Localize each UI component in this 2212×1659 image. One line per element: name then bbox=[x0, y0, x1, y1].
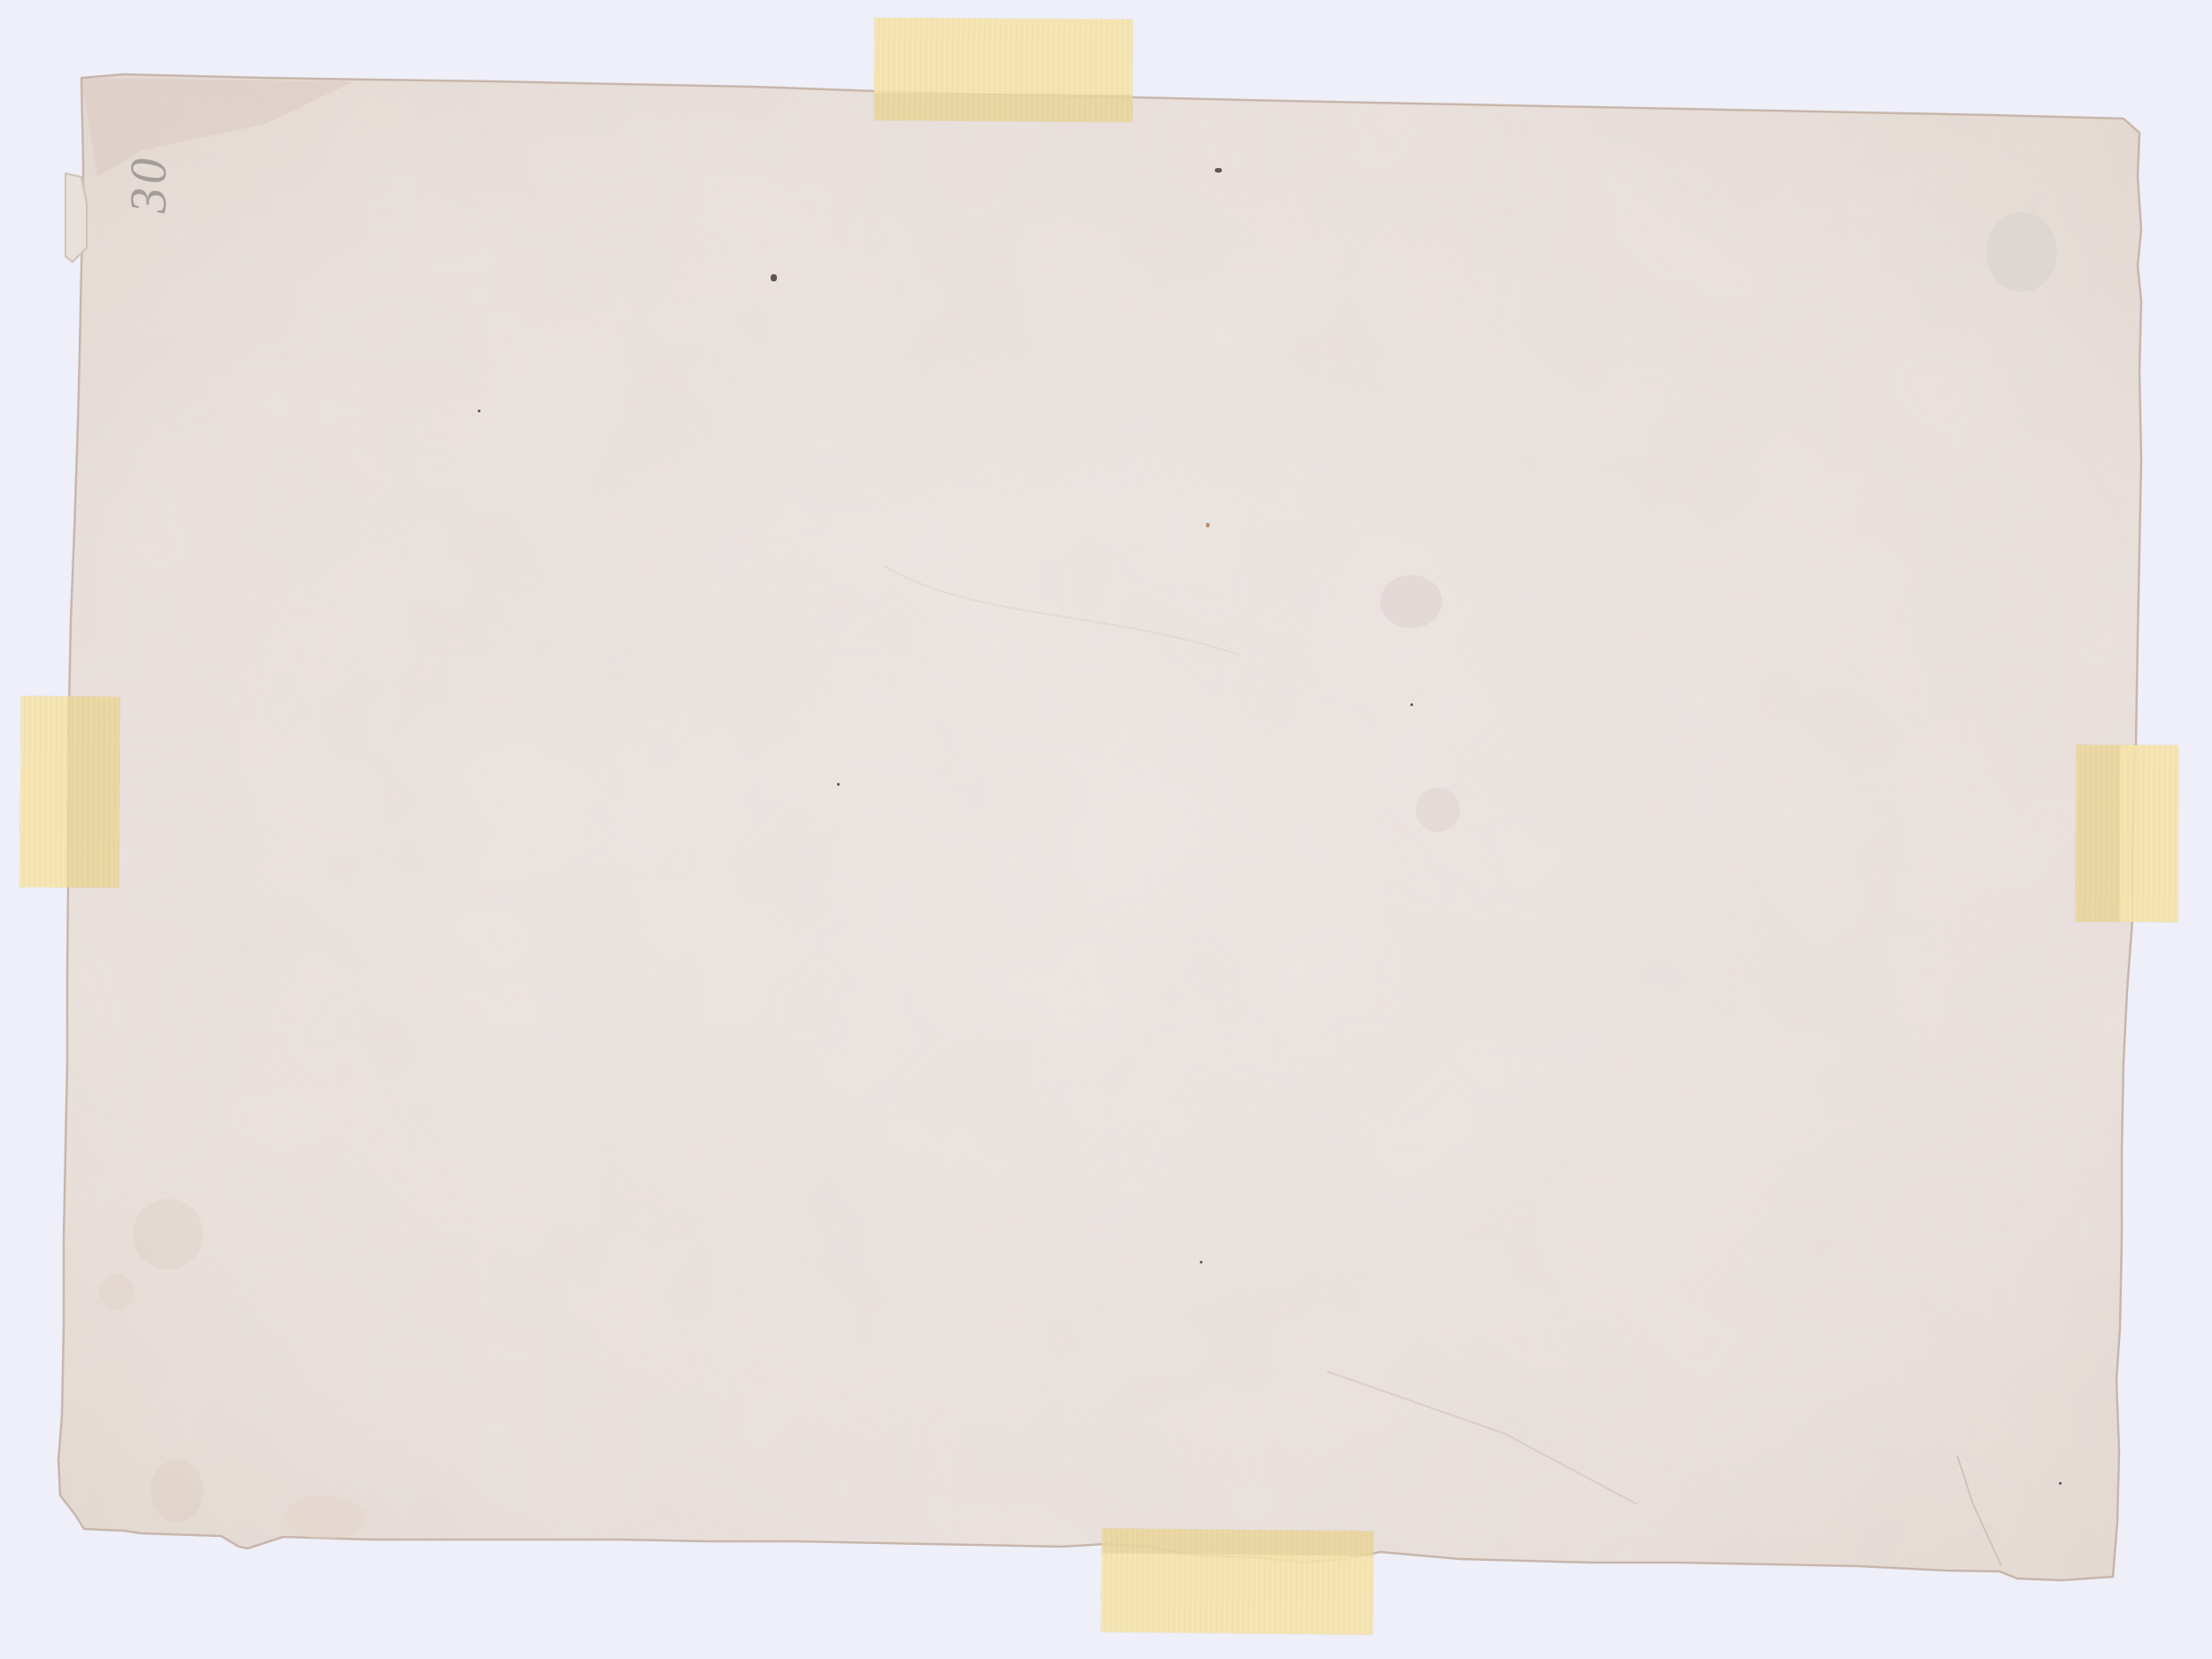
water-stain bbox=[285, 1495, 365, 1540]
masking-tape-bottom bbox=[1101, 1528, 1373, 1634]
paper-shape bbox=[0, 0, 2212, 1659]
tape-paper-overlap bbox=[874, 93, 1133, 122]
water-stain bbox=[99, 1274, 134, 1310]
greenish-stain bbox=[1986, 212, 2057, 292]
water-stain bbox=[133, 1199, 204, 1270]
tape-paper-overlap bbox=[2076, 745, 2121, 922]
dark-speck bbox=[1206, 523, 1210, 527]
faint-spots bbox=[1416, 787, 1460, 832]
tape-paper-overlap bbox=[66, 696, 119, 887]
masking-tape-right bbox=[2076, 745, 2179, 922]
dark-speck bbox=[1215, 168, 1222, 173]
dark-speck bbox=[2059, 1482, 2062, 1485]
paper-sheet bbox=[0, 0, 2212, 1659]
photo-scene: 30 bbox=[0, 0, 2212, 1659]
dark-speck bbox=[478, 410, 480, 412]
water-stain bbox=[150, 1460, 204, 1522]
masking-tape-top bbox=[874, 18, 1133, 122]
dark-speck bbox=[1410, 703, 1413, 706]
dark-speck bbox=[771, 274, 777, 281]
tape-paper-overlap bbox=[1102, 1528, 1373, 1555]
masking-tape-left bbox=[19, 696, 119, 888]
faint-spots bbox=[1380, 575, 1442, 628]
dark-speck bbox=[1200, 1261, 1202, 1263]
dark-speck bbox=[837, 783, 840, 786]
pencil-annotation: 30 bbox=[113, 149, 184, 219]
